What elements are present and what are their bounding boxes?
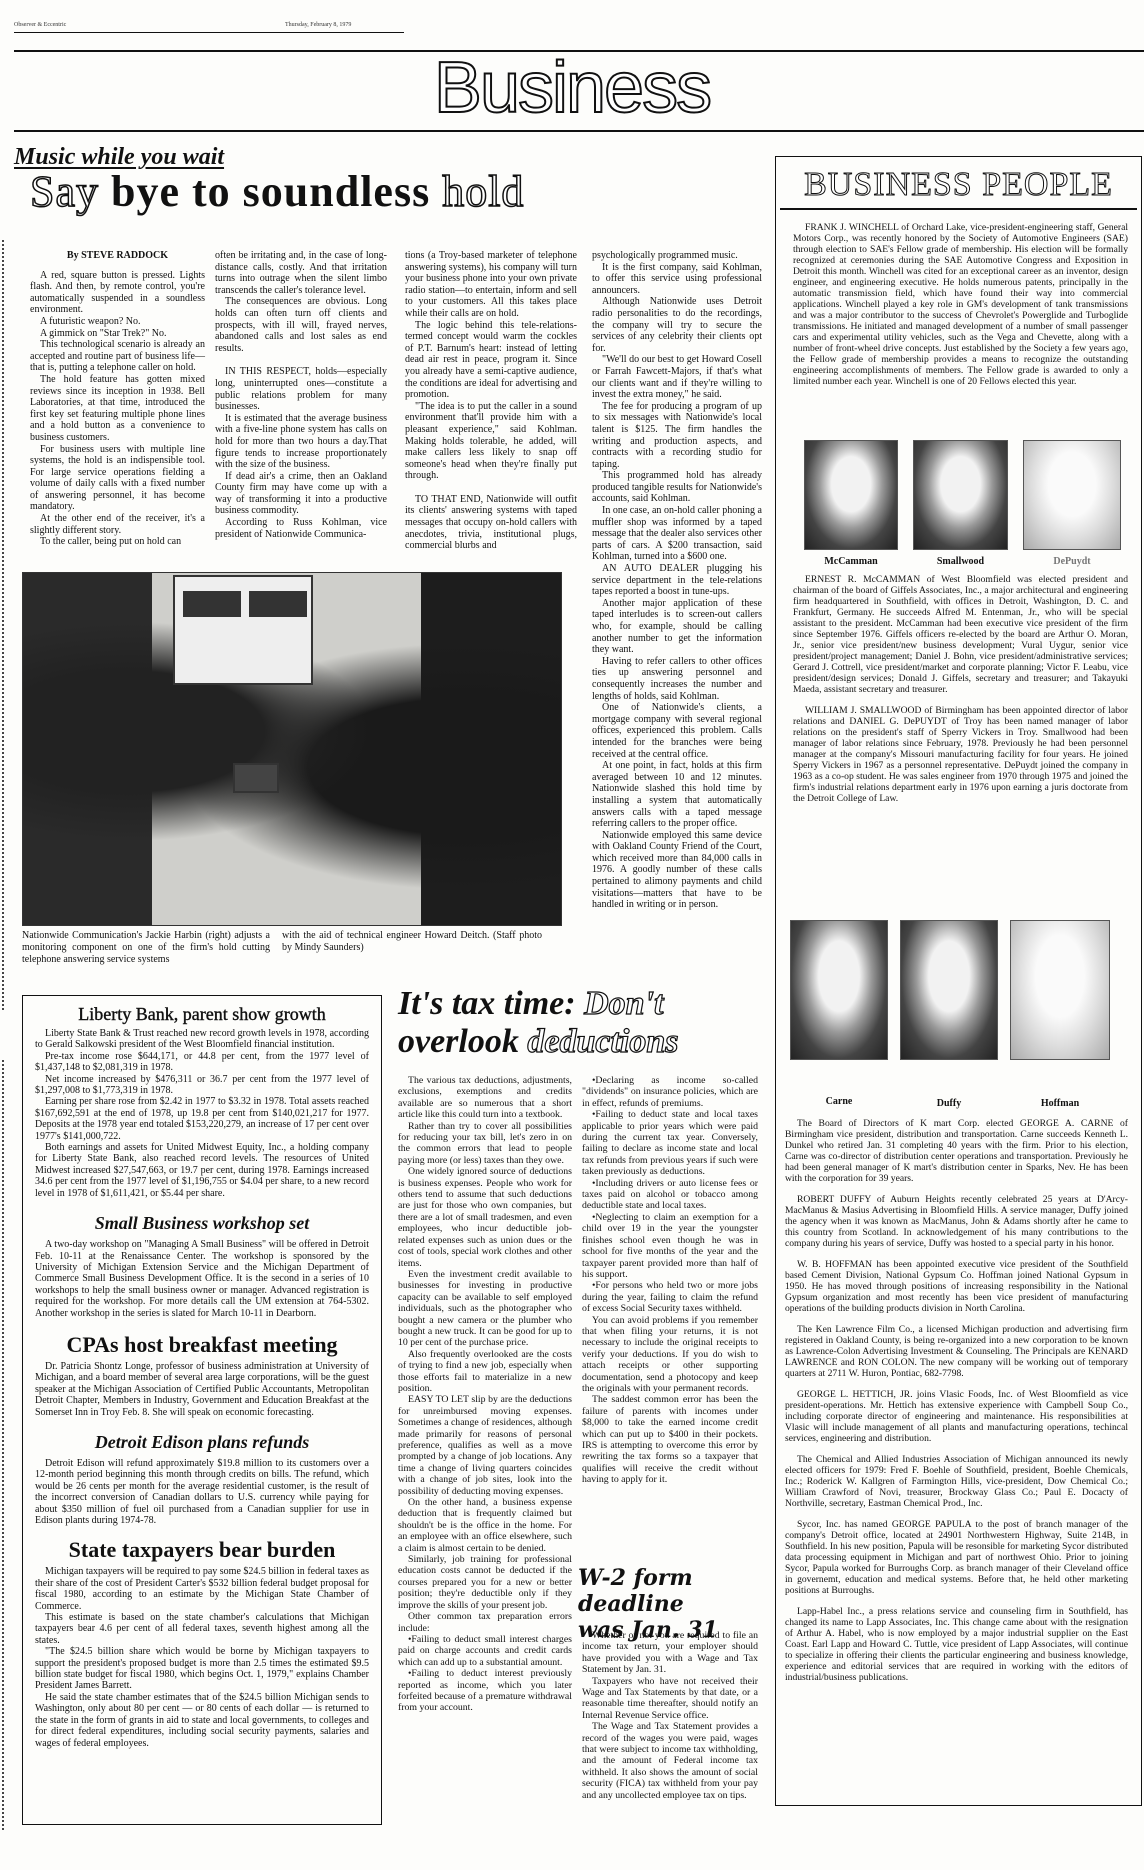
paragraph: In one case, an on-hold caller phoning a… [592, 505, 762, 563]
headline-part: W-2 form deadline [578, 1565, 763, 1617]
paragraph: Liberty State Bank & Trust reached new r… [35, 1028, 369, 1051]
news-photo [22, 572, 562, 926]
portrait-label: DePuydt [1023, 556, 1121, 567]
headline-part: Don't [584, 985, 663, 1022]
brief-title: CPAs host breakfast meeting [35, 1335, 369, 1355]
headline-part: It's tax time: [398, 985, 576, 1022]
brief-title: Detroit Edison plans refunds [35, 1432, 369, 1452]
divider [14, 130, 1144, 132]
lead-column-4: psychologically programmed music. It is … [592, 250, 762, 911]
w2-column: Whether or not you are required to file … [582, 1630, 758, 1801]
paragraph: This programmed hold has already produce… [592, 470, 762, 505]
paragraph: The Board of Directors of K mart Corp. e… [785, 1118, 1128, 1184]
paragraph: Michigan taxpayers will be required to p… [35, 1566, 369, 1612]
paragraph: Earning per share rose from $2.42 in 197… [35, 1096, 369, 1142]
paragraph: "We'll do our best to get Howard Cosell … [592, 354, 762, 400]
paragraph: Also frequently overlooked are the costs… [398, 1349, 572, 1395]
headline-part: deductions [527, 1023, 678, 1060]
paragraph: A gimmick on "Star Trek?" No. [30, 328, 205, 340]
paragraph: At one point, in fact, holds at this fir… [592, 760, 762, 830]
paragraph: Although Nationwide uses Detroit radio p… [592, 296, 762, 354]
business-people-item: The Board of Directors of K mart Corp. e… [785, 1118, 1128, 1693]
paragraph: W. B. HOFFMAN has been appointed executi… [785, 1259, 1128, 1314]
headline-part: hold [442, 167, 524, 216]
paragraph: psychologically programmed music. [592, 250, 762, 262]
portrait-label: Hoffman [1010, 1098, 1110, 1109]
portrait-label: Smallwood [913, 556, 1008, 567]
margin-dots [2, 1060, 6, 1830]
portrait-photo [1023, 440, 1121, 550]
paragraph: •For persons who held two or more jobs d… [582, 1280, 758, 1314]
paragraph: tions (a Troy-based marketer of telephon… [405, 250, 577, 320]
paragraph: •Including drivers or auto license fees … [582, 1178, 758, 1212]
paragraph: Nationwide employed this same device wit… [592, 830, 762, 911]
paragraph: •Failing to deduct state and local taxes… [582, 1109, 758, 1177]
paragraph: On the other hand, a business expense de… [398, 1497, 572, 1554]
tax-column-2: •Declaring as income so-called "dividend… [582, 1075, 758, 1486]
paragraph: •Declaring as income so-called "dividend… [582, 1075, 758, 1109]
paragraph: It is estimated that the average busines… [215, 413, 387, 471]
monitor-component-graphic [233, 763, 279, 793]
paragraph: Lapp-Habel Inc., a press relations servi… [785, 1606, 1128, 1683]
paragraph: •Failing to deduct small interest charge… [398, 1634, 572, 1668]
byline: By STEVE RADDOCK [30, 250, 205, 262]
portrait-photo [913, 440, 1008, 550]
paragraph: Rather than try to cover all possibiliti… [398, 1121, 572, 1167]
paragraph: The logic behind this tele-relations-ter… [405, 320, 577, 401]
paragraph: The hold feature has gotten mixed review… [30, 374, 205, 444]
paragraph: GEORGE L. HETTICH, JR. joins Vlasic Food… [785, 1389, 1128, 1444]
paragraph: Other common tax preparation errors incl… [398, 1611, 572, 1634]
portrait-photo [900, 920, 998, 1060]
paragraph: This estimate is based on the state cham… [35, 1612, 369, 1646]
paragraph: WILLIAM J. SMALLWOOD of Birmingham has b… [793, 705, 1128, 804]
paragraph: Similarly, job training for professional… [398, 1554, 572, 1611]
date-line: Thursday, February 8, 1979 [285, 22, 351, 28]
paragraph: One widely ignored source of deductions … [398, 1166, 572, 1269]
paragraph: The Ken Lawrence Film Co., a licensed Mi… [785, 1324, 1128, 1379]
paragraph: The various tax deductions, adjustments,… [398, 1075, 572, 1121]
portrait-label: Duffy [900, 1098, 998, 1109]
business-people-item: FRANK J. WINCHELL of Orchard Lake, vice-… [793, 222, 1128, 397]
paragraph: FRANK J. WINCHELL of Orchard Lake, vice-… [793, 222, 1128, 387]
paragraph: He said the state chamber estimates that… [35, 1692, 369, 1749]
paragraph: often be irritating and, in the case of … [215, 250, 387, 296]
divider [14, 32, 404, 33]
paragraph: The Wage and Tax Statement provides a re… [582, 1721, 758, 1801]
headline-part: Say [30, 167, 99, 216]
brief-title: Small Business workshop set [35, 1213, 369, 1233]
paragraph: Whether or not you are required to file … [582, 1630, 758, 1676]
paragraph: At the other end of the receiver, it's a… [30, 513, 205, 536]
paragraph: IN THIS RESPECT, holds—especially long, … [215, 366, 387, 412]
paragraph: Even the investment credit available to … [398, 1269, 572, 1349]
paragraph: •Neglecting to claim an exemption for a … [582, 1212, 758, 1280]
paragraph: Sycor, Inc. has named GEORGE PAPULA to t… [785, 1519, 1128, 1596]
answering-machine-graphic [173, 575, 313, 685]
paragraph: Both earnings and assets for United Midw… [35, 1142, 369, 1199]
paragraph: ROBERT DUFFY of Auburn Heights recently … [785, 1194, 1128, 1249]
lead-column-2: often be irritating and, in the case of … [215, 250, 387, 540]
paragraph: This technological scenario is already a… [30, 339, 205, 374]
paragraph: •Failing to deduct interest previously r… [398, 1668, 572, 1714]
paragraph: A two-day workshop on "Managing A Small … [35, 1239, 369, 1319]
paragraph: Dr. Patricia Shontz Longe, professor of … [35, 1361, 369, 1418]
paragraph: Detroit Edison will refund approximately… [35, 1458, 369, 1526]
paragraph: TO THAT END, Nationwide will outfit its … [405, 494, 577, 552]
story-headline: Say bye to soundless hold [30, 168, 524, 216]
paragraph: AN AUTO DEALER plugging his service depa… [592, 563, 762, 598]
paragraph: One of Nationwide's clients, a mortgage … [592, 702, 762, 760]
photo-caption: Nationwide Communication's Jackie Harbin… [22, 930, 270, 966]
headline-part: overlook [398, 1023, 519, 1060]
paragraph: The Chemical and Allied Industries Assoc… [785, 1454, 1128, 1509]
portrait-photo [1010, 920, 1110, 1060]
paragraph: "The idea is to put the caller in a soun… [405, 401, 577, 482]
portrait-photo [804, 440, 898, 550]
lead-column-3: tions (a Troy-based marketer of telephon… [405, 250, 577, 552]
paragraph: The saddest common error has been the fa… [582, 1394, 758, 1485]
paragraph: The fee for producing a program of up to… [592, 401, 762, 471]
paragraph: A red, square button is pressed. Lights … [30, 270, 205, 316]
paragraph: For business users with multiple line sy… [30, 444, 205, 514]
paragraph: It is the first company, said Kohlman, t… [592, 262, 762, 297]
photo-caption: with the aid of technical engineer Howar… [282, 930, 542, 954]
paragraph: Another major application of these taped… [592, 598, 762, 656]
margin-dots [2, 240, 6, 1010]
section-title: Business [0, 48, 1144, 128]
paragraph: Taxpayers who have not received their Wa… [582, 1676, 758, 1722]
paragraph: ERNEST R. McCAMMAN of West Bloomfield wa… [793, 574, 1128, 695]
brief-title: State taxpayers bear burden [35, 1540, 369, 1560]
business-people-title: BUSINESS PEOPLE [780, 160, 1137, 210]
paper-name: Observer & Eccentric [14, 22, 66, 28]
paragraph: According to Russ Kohlman, vice presiden… [215, 517, 387, 540]
portrait-label: McCamman [804, 556, 898, 567]
paragraph: Having to refer callers to other offices… [592, 656, 762, 702]
paragraph: Pre-tax income rose $644,171, or 44.8 pe… [35, 1051, 369, 1074]
briefs-box: Liberty Bank, parent show growth Liberty… [22, 995, 382, 1825]
paragraph: Net income increased by $476,311 or 36.7… [35, 1074, 369, 1097]
paragraph: A futuristic weapon? No. [30, 316, 205, 328]
paragraph: The consequences are obvious. Long holds… [215, 296, 387, 354]
tax-headline: It's tax time: Don't overlook deductions [398, 985, 768, 1061]
headline-part: bye to soundless [111, 167, 430, 216]
portrait-photo [790, 920, 888, 1060]
lead-column-1: By STEVE RADDOCK A red, square button is… [30, 250, 205, 548]
paragraph: If dead air's a crime, then an Oakland C… [215, 471, 387, 517]
tax-column-1: The various tax deductions, adjustments,… [398, 1075, 572, 1714]
paragraph: To the caller, being put on hold can [30, 536, 205, 548]
brief-title: Liberty Bank, parent show growth [35, 1004, 369, 1024]
paragraph: EASY TO LET slip by are the deductions f… [398, 1394, 572, 1497]
portrait-label: Carne [790, 1096, 888, 1107]
business-people-item: ERNEST R. McCAMMAN of West Bloomfield wa… [793, 574, 1128, 814]
paragraph: "The $24.5 billion share which would be … [35, 1646, 369, 1692]
paragraph: You can avoid problems if you remember t… [582, 1315, 758, 1395]
